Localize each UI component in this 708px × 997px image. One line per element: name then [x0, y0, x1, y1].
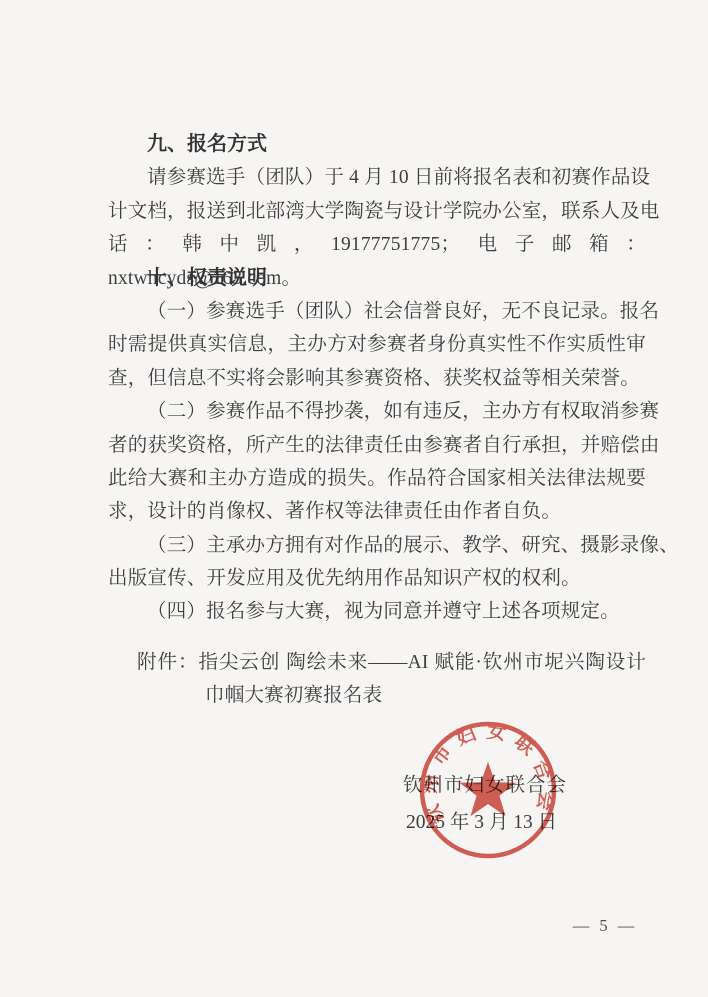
text-line: （一）参赛选手（团队）社会信誉良好，无不良记录。报名: [108, 295, 646, 328]
text-line: 计文档，报送到北部湾大学陶瓷与设计学院办公室，联系人及电: [108, 195, 646, 228]
text-line: 时需提供真实信息，主办方对参赛者身份真实性不作实质性审: [108, 328, 646, 361]
seal-star-icon: [460, 762, 517, 816]
text-line: 查，但信息不实将会影响其参赛资格、获奖权益等相关荣誉。: [108, 362, 646, 395]
document-page: 九、报名方式 请参赛选手（团队）于 4 月 10 日前将报名表和初赛作品设 计文…: [0, 0, 708, 997]
text-line: 请参赛选手（团队）于 4 月 10 日前将报名表和初赛作品设: [108, 161, 646, 194]
document-body: 九、报名方式 请参赛选手（团队）于 4 月 10 日前将报名表和初赛作品设 计文…: [108, 128, 646, 713]
text-line: （四）报名参与大赛，视为同意并遵守上述各项规定。: [108, 595, 646, 628]
text-line: 此给大赛和主办方造成的损失。作品符合国家相关法律法规要: [108, 462, 646, 495]
page-number: — 5 —: [560, 916, 650, 936]
text-line: 者的获奖资格，所产生的法律责任由参赛者自行承担，并赔偿由: [108, 429, 646, 462]
text-line: （三）主承办方拥有对作品的展示、教学、研究、摄影录像、: [108, 529, 646, 562]
section-9-heading: 九、报名方式: [108, 128, 646, 161]
text-line: （二）参赛作品不得抄袭，如有违反，主办方有权取消参赛: [108, 395, 646, 428]
official-seal: 钦州市妇女联合会: [406, 708, 570, 872]
section-10-heading: 十、权责说明: [108, 262, 646, 295]
text-line: 出版宣传、开发应用及优先纳用作品知识产权的权利。: [108, 562, 646, 595]
text-line: 话：韩中凯，19177751775；电子邮箱：nxtwhcyds@163.com…: [108, 228, 646, 261]
attachment-note: 附件：指尖云创 陶绘未来——AI 赋能·钦州市坭兴陶设计 巾帼大赛初赛报名表: [108, 646, 646, 713]
attachment-line: 附件：指尖云创 陶绘未来——AI 赋能·钦州市坭兴陶设计: [108, 646, 646, 679]
text-line: 求，设计的肖像权、著作权等法律责任由作者自负。: [108, 495, 646, 528]
